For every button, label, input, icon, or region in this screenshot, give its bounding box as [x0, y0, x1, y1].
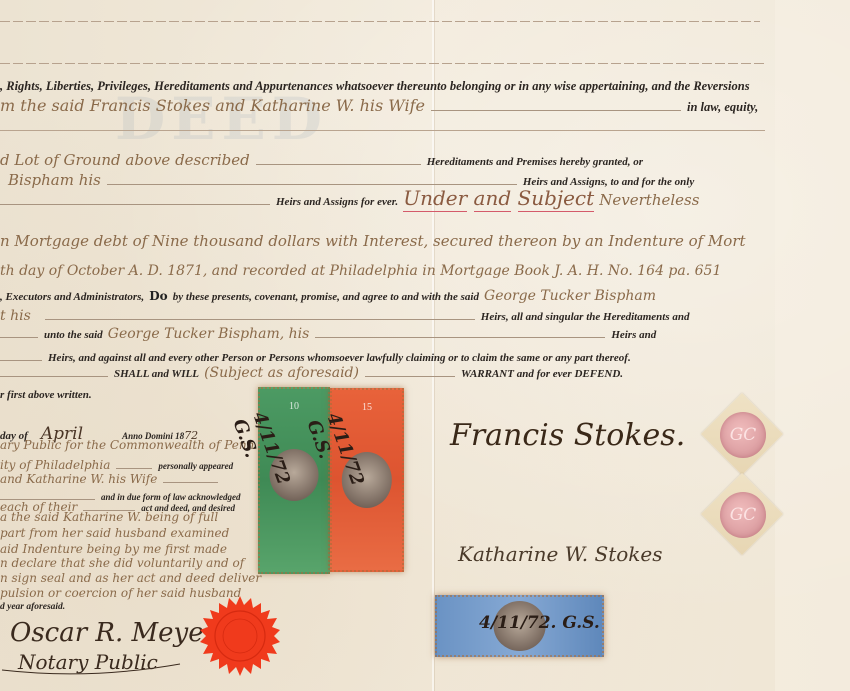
deed-line-7: th day of October A. D. 1871, and record…: [0, 263, 721, 279]
printed-text: , Executors and Administrators,: [0, 291, 144, 303]
deed-line-8: , Executors and Administrators, Do by th…: [0, 285, 656, 304]
ruled-line: [0, 63, 765, 64]
blank-line: [365, 366, 455, 377]
printed-text: Heirs, all and singular the Hereditament…: [481, 311, 690, 323]
ack-line-11: n sign seal and as her act and deed deli…: [0, 571, 261, 585]
ack-line-8: part from her said husband examined: [0, 526, 229, 540]
printed-text: Hereditaments and Premises hereby grante…: [427, 156, 643, 168]
handwritten-text: (Subject as aforesaid): [204, 365, 359, 381]
printed-text: by these presents, covenant, promise, an…: [173, 291, 479, 303]
ruled-line: [0, 130, 765, 131]
ruled-line: [0, 21, 760, 22]
printed-text: WARRANT and for ever DEFEND.: [461, 368, 623, 380]
printed-text: Heirs and: [611, 329, 656, 341]
printed-text: unto the said: [44, 329, 103, 341]
signature-francis-stokes: Francis Stokes.: [450, 418, 685, 453]
ack-line-10: n declare that she did voluntarily and o…: [0, 556, 244, 570]
revenue-stamp-green: 10 4/11/72 G.S.: [258, 387, 330, 574]
under-and-subject: Under and Subject: [403, 186, 594, 212]
blank-line: [107, 174, 517, 185]
deed-line-13: r first above written.: [0, 389, 92, 401]
wax-seal-1-icon: GC: [720, 412, 766, 458]
notary-flourish: [0, 660, 190, 680]
blank-line: [256, 154, 421, 165]
printed-text: in law, equity,: [687, 100, 758, 114]
blank-line: [0, 327, 38, 338]
wax-seal-2-icon: GC: [720, 492, 766, 538]
deed-line-10: unto the said George Tucker Bispham, his…: [0, 323, 656, 342]
notary-signature: Oscar R. Meyers: [10, 618, 229, 648]
ack-line-9: aid Indenture being by me first made: [0, 542, 227, 556]
blank-line: [0, 350, 42, 361]
deed-line-3: d Lot of Ground above describedHereditam…: [0, 150, 643, 169]
deed-line-12: SHALL and WILL (Subject as aforesaid)WAR…: [0, 362, 623, 381]
blank-line: [45, 309, 475, 320]
deed-line-1: , Rights, Liberties, Privileges, Heredit…: [0, 79, 750, 94]
handwritten-text: Nevertheless: [599, 191, 699, 209]
grantors-handwritten: m the said Francis Stokes and Katharine …: [0, 96, 425, 115]
printed-text: Heirs and Assigns for ever.: [276, 196, 398, 208]
grantee-handwritten: George Tucker Bispham, his: [108, 326, 310, 342]
right-margin: [775, 0, 850, 691]
grantee-handwritten: George Tucker Bispham: [484, 288, 656, 304]
notary-seal-icon: [200, 596, 280, 676]
deed-line-9: t hisHeirs, all and singular the Heredit…: [0, 305, 690, 324]
property-handwritten: d Lot of Ground above described: [0, 151, 250, 169]
ack-line-7: a the said Katharine W. being of full: [0, 510, 218, 524]
deed-line-5: Heirs and Assigns for ever. Under and Su…: [0, 186, 699, 210]
stamp-cancellation: 4/11/72. G.S.: [479, 613, 600, 633]
blank-line: [315, 327, 605, 338]
revenue-stamp-orange: 15 4/11/72 G.S.: [330, 388, 404, 572]
blank-line: [0, 366, 108, 377]
deed-line-2: m the said Francis Stokes and Katharine …: [0, 96, 760, 115]
ack-line-2: ary Public for the Commonwealth of Penn: [0, 438, 254, 452]
gothic-do: Do: [149, 289, 167, 303]
deed-line-6: n Mortgage debt of Nine thousand dollars…: [0, 232, 746, 250]
signature-katharine-stokes: Katharine W. Stokes: [458, 542, 663, 566]
ack-closing: d year aforesaid.: [0, 602, 65, 612]
blank-line: [431, 100, 681, 111]
revenue-stamp-blue: 4/11/72. G.S.: [435, 595, 604, 657]
blank-line: [0, 194, 270, 205]
handwritten-text: t his: [0, 308, 31, 324]
printed-text: SHALL and WILL: [114, 368, 199, 380]
